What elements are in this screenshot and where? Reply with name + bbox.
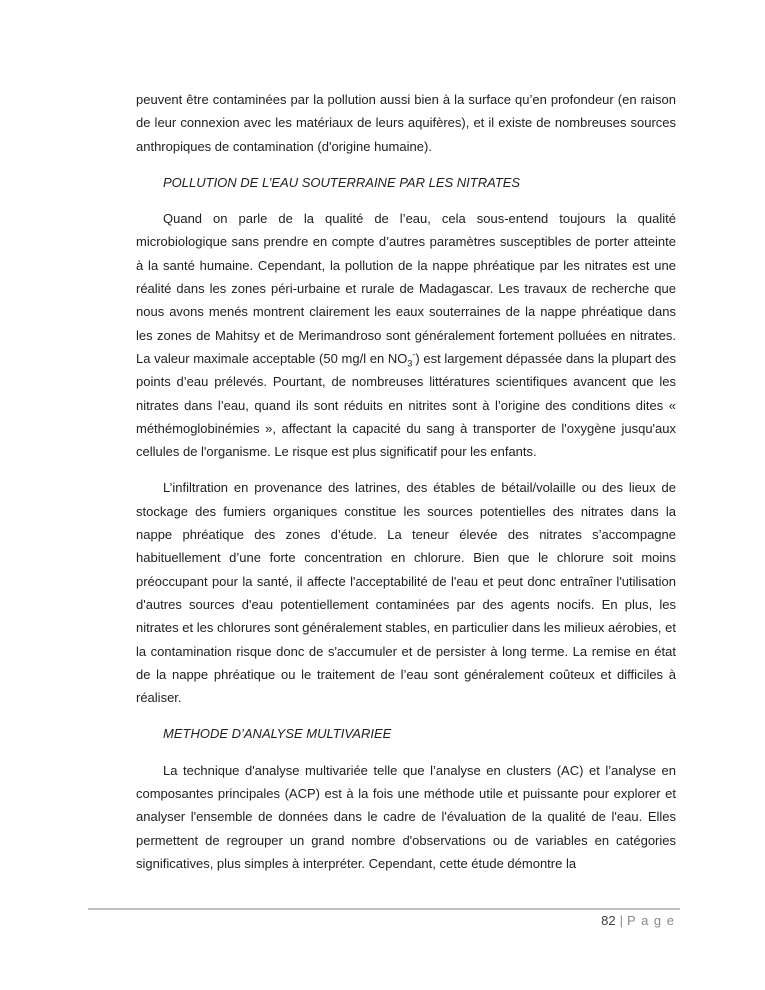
footer-separator: | — [620, 913, 623, 928]
paragraph-nitrates-text-before: Quand on parle de la qualité de l’eau, c… — [136, 211, 676, 366]
footer-divider — [88, 908, 680, 910]
paragraph-nitrates: Quand on parle de la qualité de l’eau, c… — [136, 207, 676, 463]
section-heading-method: METHODE D’ANALYSE MULTIVARIEE — [136, 722, 676, 745]
paragraph-nitrates-text-after: ) est largement dépassée dans la plupart… — [136, 351, 676, 459]
formula-base: NO — [388, 351, 408, 366]
section-heading-nitrates: POLLUTION DE L’EAU SOUTERRAINE PAR LES N… — [136, 171, 676, 194]
paragraph-infiltration: L’infiltration en provenance des latrine… — [136, 476, 676, 709]
page-number: 82 — [601, 913, 615, 928]
page-label: P a g e — [627, 913, 675, 928]
paragraph-method: La technique d'analyse multivariée telle… — [136, 759, 676, 875]
page-body-text: peuvent être contaminées par la pollutio… — [136, 88, 676, 888]
document-page: peuvent être contaminées par la pollutio… — [0, 0, 765, 990]
page-footer: 82|P a g e — [601, 913, 675, 928]
nitrate-chemical-formula: NO3- — [388, 351, 416, 366]
formula-subscript: 3 — [407, 359, 412, 369]
paragraph-intro-continuation: peuvent être contaminées par la pollutio… — [136, 88, 676, 158]
